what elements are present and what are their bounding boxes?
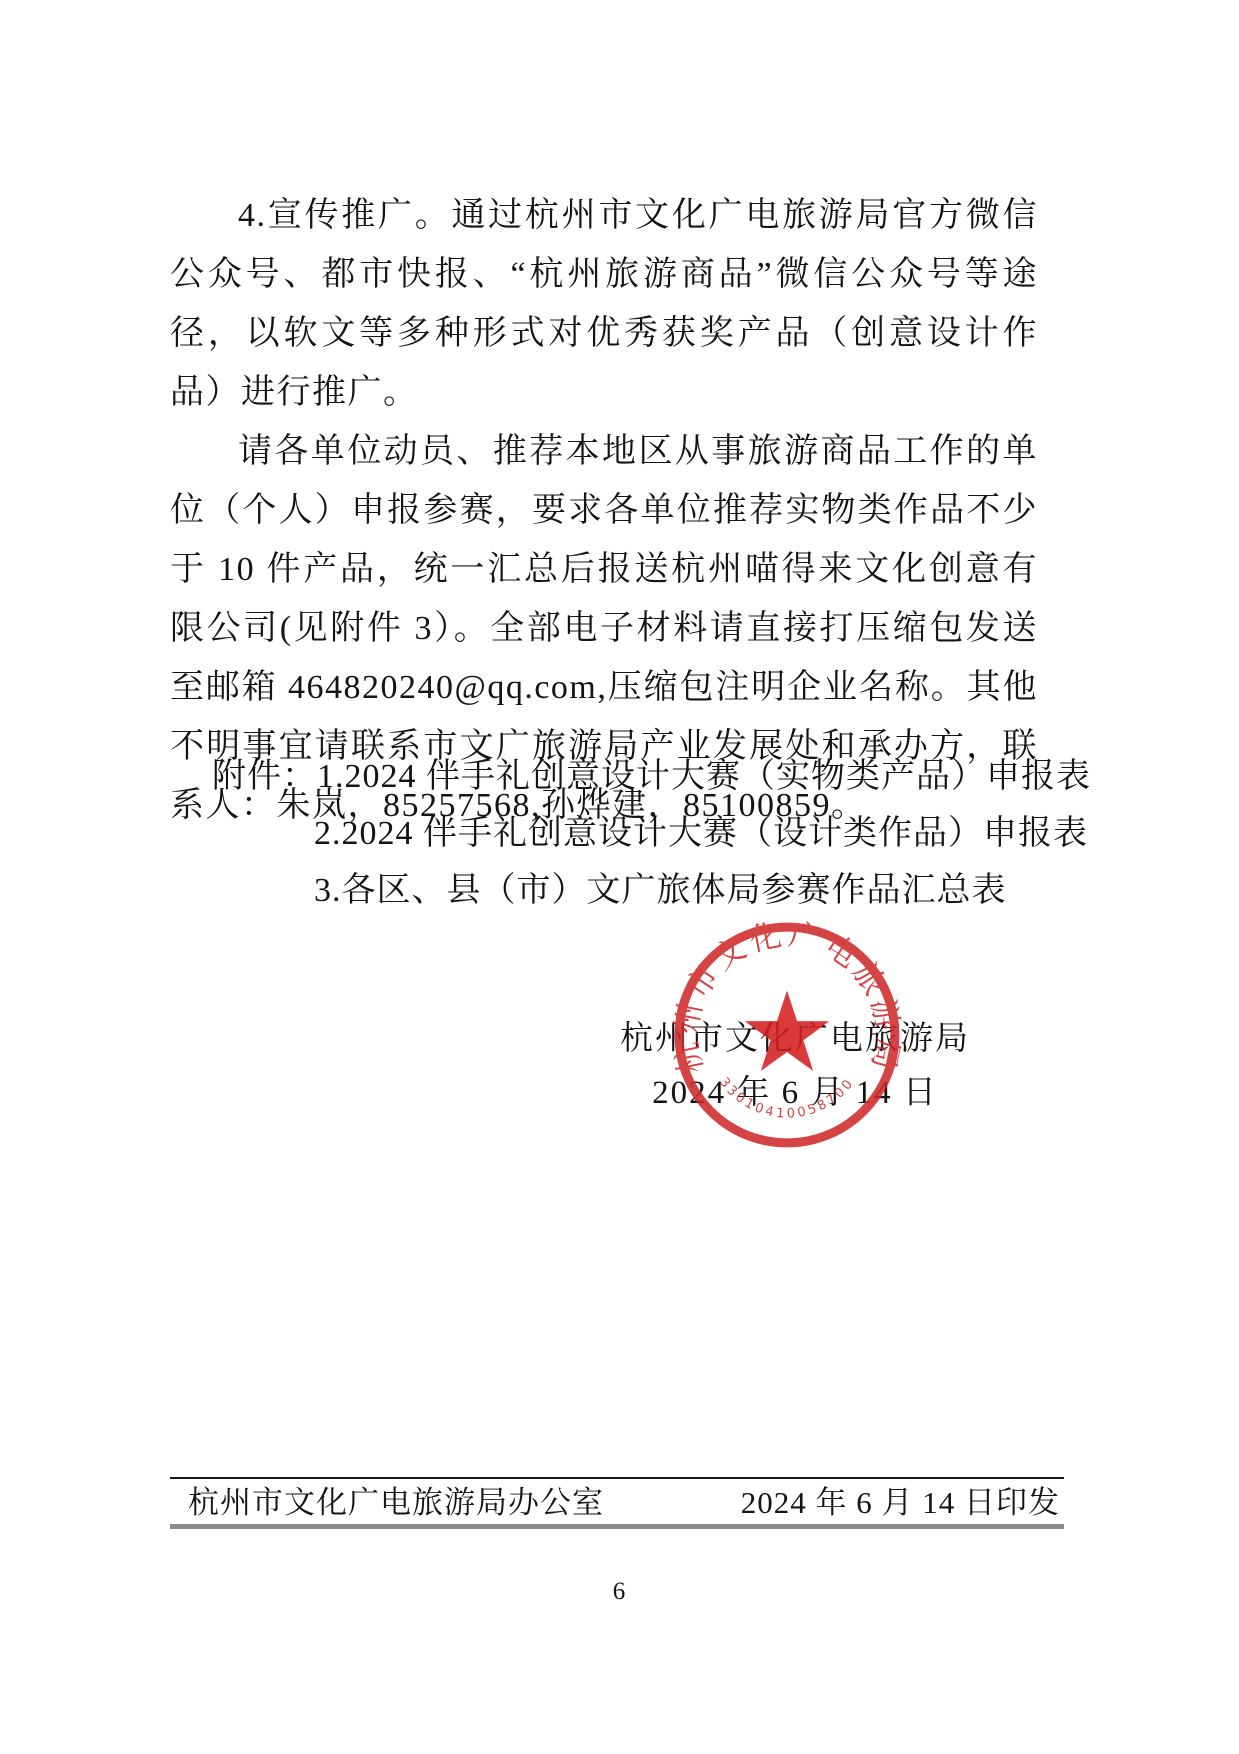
attachment-item: 2.2024 伴手礼创意设计大赛（设计类作品）申报表 bbox=[212, 805, 1042, 862]
signature-date: 2024 年 6 月 14 日 bbox=[595, 1066, 995, 1120]
signature-org: 杭州市文化广电旅游局 bbox=[595, 1012, 995, 1066]
footer-divider-top bbox=[170, 1477, 1064, 1479]
footer: 杭州市文化广电旅游局办公室 2024 年 6 月 14 日印发 bbox=[170, 1483, 1064, 1523]
attachments-label: 附件： bbox=[212, 758, 317, 795]
footer-divider-bottom bbox=[170, 1524, 1064, 1529]
attachment-item: 1.2024 伴手礼创意设计大赛（实物类产品）申报表 bbox=[317, 758, 1091, 795]
attachments-block: 附件：1.2024 伴手礼创意设计大赛（实物类产品）申报表 2.2024 伴手礼… bbox=[212, 748, 1042, 919]
footer-print-date: 2024 年 6 月 14 日印发 bbox=[741, 1483, 1064, 1523]
attachment-line: 附件：1.2024 伴手礼创意设计大赛（实物类产品）申报表 bbox=[212, 748, 1042, 805]
signature-block: 杭州市文化广电旅游局 2024 年 6 月 14 日 bbox=[595, 1012, 995, 1120]
body-text: 4.宣传推广。通过杭州市文化广电旅游局官方微信公众号、都市快报、“杭州旅游商品”… bbox=[170, 186, 1038, 835]
page-number: 6 bbox=[0, 1578, 1239, 1606]
body-paragraph: 4.宣传推广。通过杭州市文化广电旅游局官方微信公众号、都市快报、“杭州旅游商品”… bbox=[170, 186, 1038, 422]
document-page: 4.宣传推广。通过杭州市文化广电旅游局官方微信公众号、都市快报、“杭州旅游商品”… bbox=[0, 0, 1239, 1754]
attachment-item: 3.各区、县（市）文广旅体局参赛作品汇总表 bbox=[212, 862, 1042, 919]
footer-issuing-office: 杭州市文化广电旅游局办公室 bbox=[170, 1483, 604, 1523]
